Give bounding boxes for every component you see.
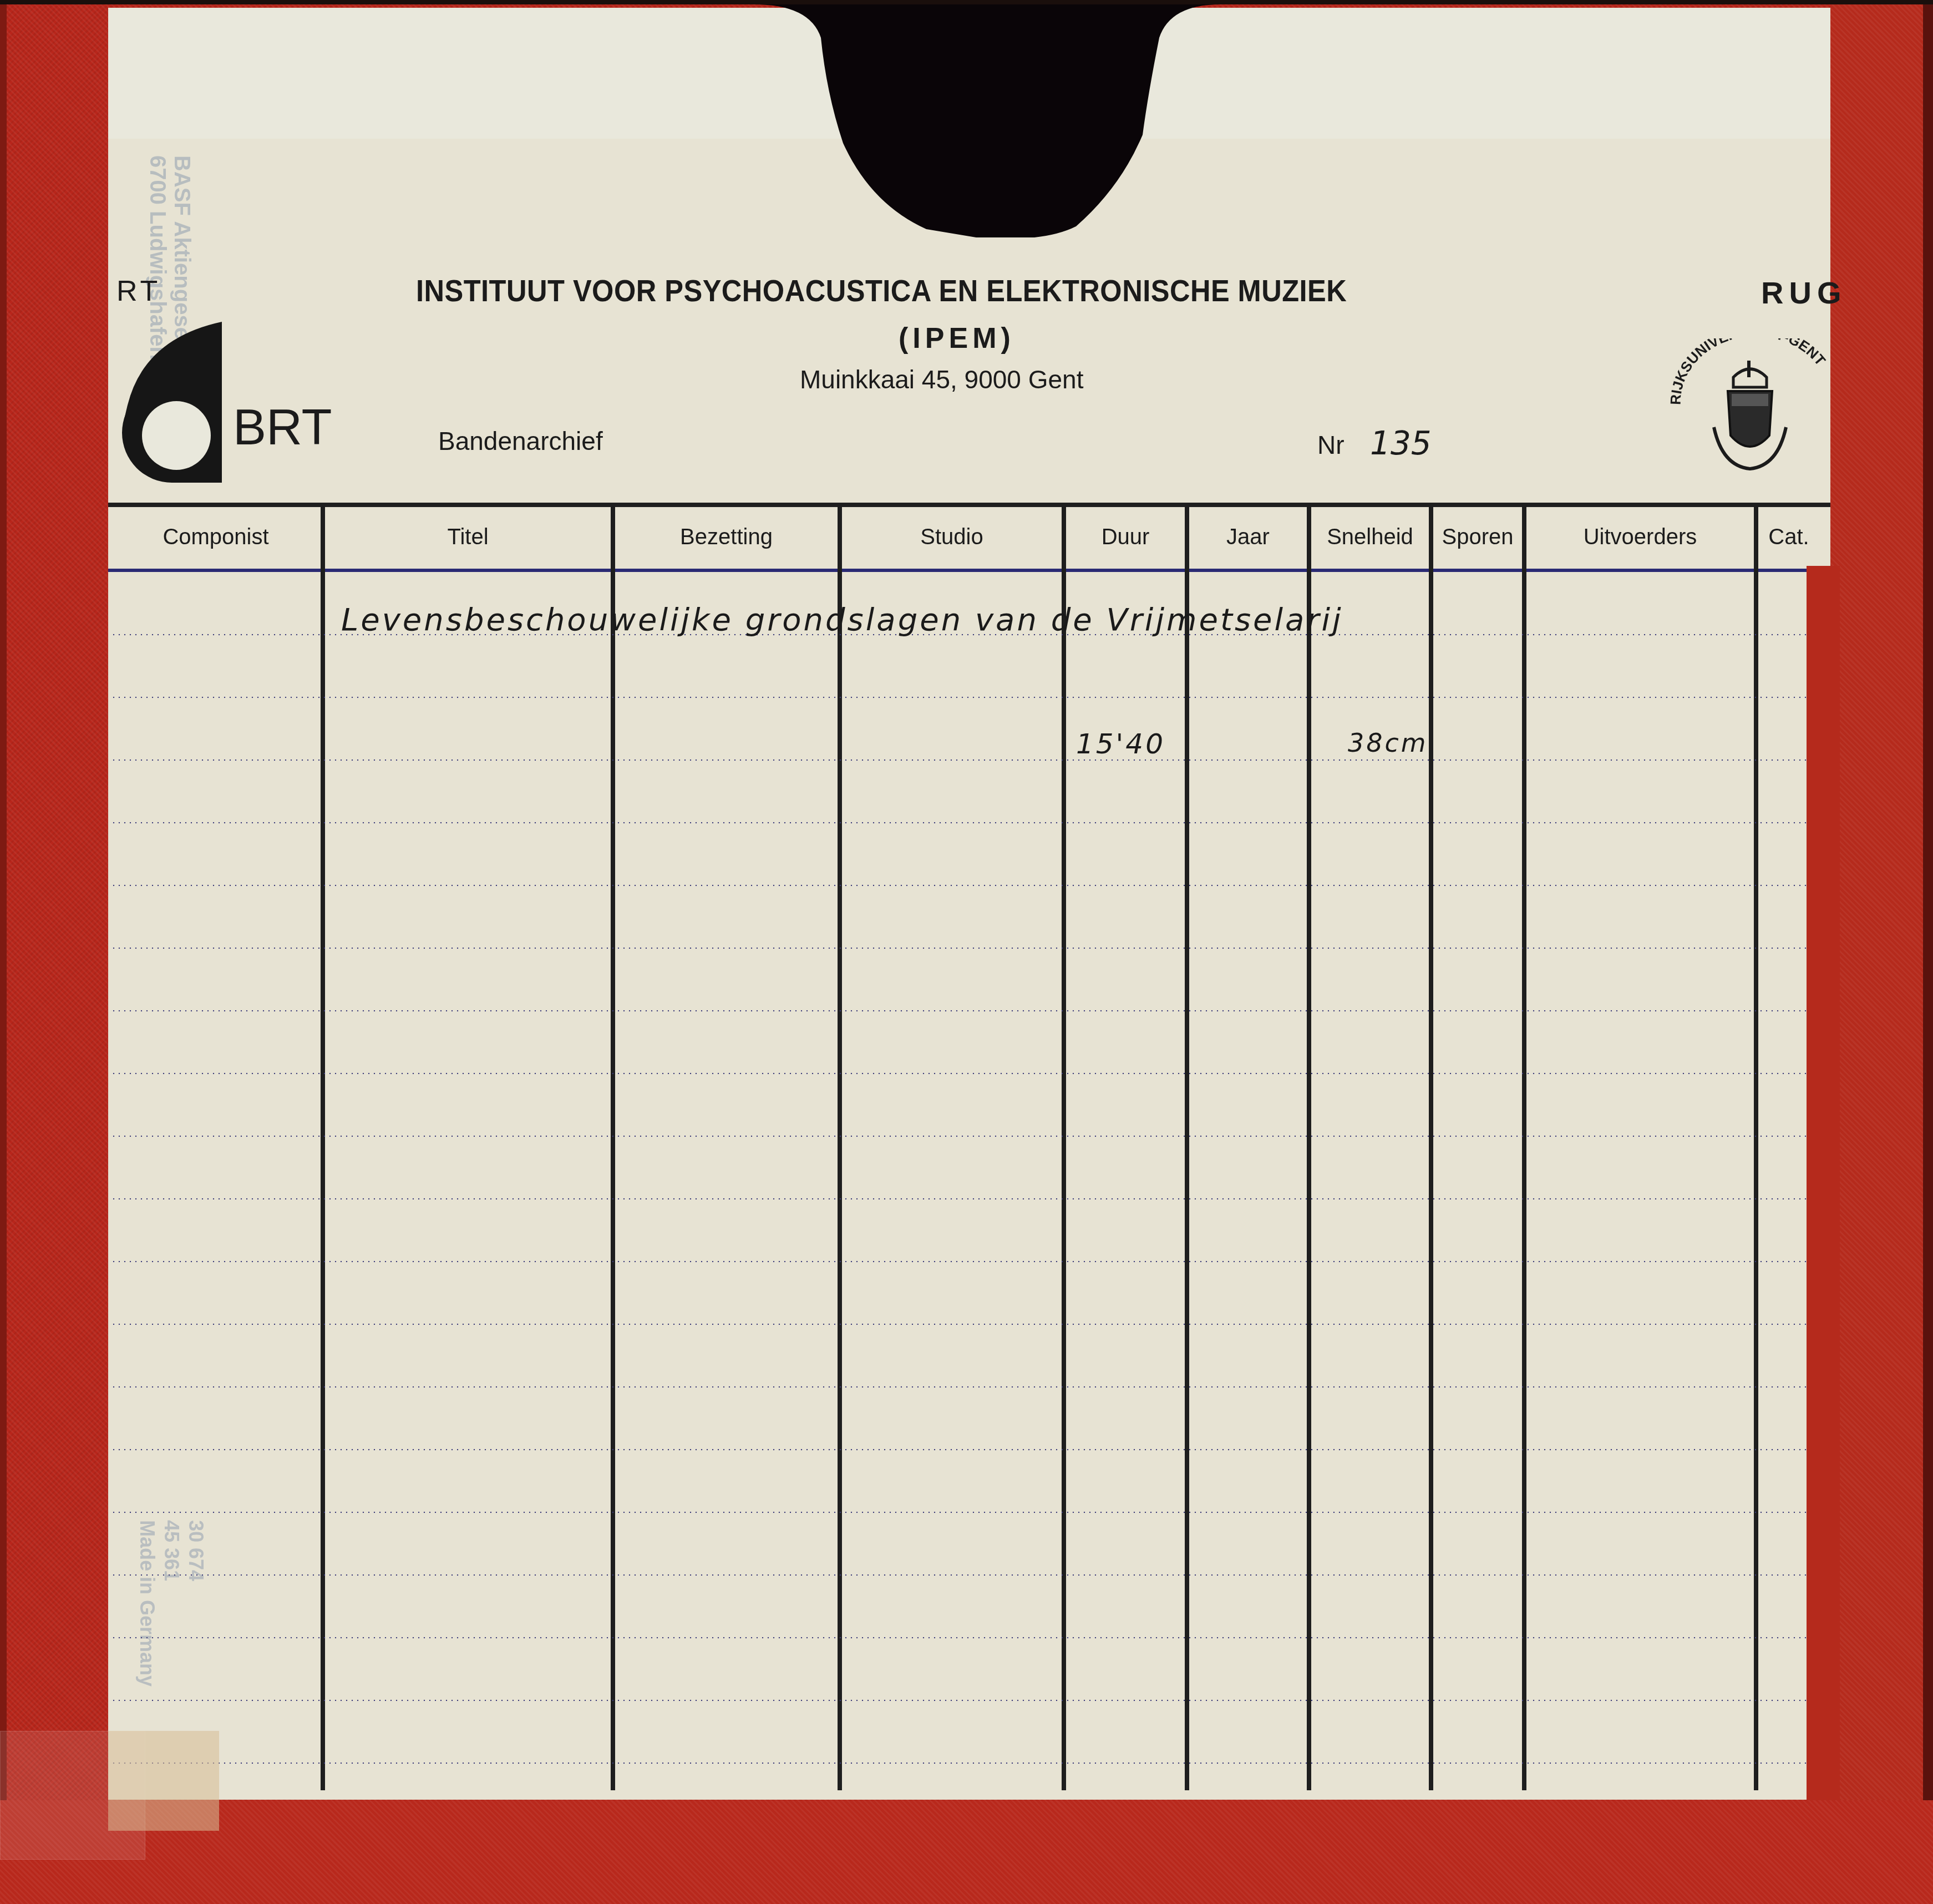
- header-rule: [108, 503, 1830, 507]
- institute-abbreviation: (IPEM): [899, 322, 1015, 355]
- thumb-notch: [688, 4, 1220, 237]
- archive-label: Bandenarchief: [438, 426, 603, 456]
- row-rule: [111, 1386, 1830, 1388]
- cover-spine-left: [0, 4, 7, 1904]
- number-label: Nr: [1317, 430, 1345, 460]
- row-rule: [111, 1010, 1830, 1012]
- institute-address: Muinkkaai 45, 9000 Gent: [800, 364, 1083, 394]
- row-rule: [111, 1637, 1830, 1639]
- column-header-titel: Titel: [325, 520, 611, 554]
- cover-bottom: [0, 1800, 1933, 1904]
- column-header-studio: Studio: [842, 520, 1062, 554]
- left-tag: RT: [116, 275, 161, 308]
- cover-edge-right: [1923, 4, 1933, 1904]
- column-divider: [1522, 506, 1526, 1790]
- row-rule: [111, 947, 1830, 949]
- column-divider: [321, 506, 325, 1790]
- header-underline: [108, 569, 1830, 572]
- row-rule: [111, 1260, 1830, 1263]
- row-rule: [111, 1574, 1830, 1576]
- row-rule: [111, 1135, 1830, 1137]
- column-header-snelheid: Snelheid: [1311, 520, 1429, 554]
- column-header-sporen: Sporen: [1433, 520, 1522, 554]
- row-rule: [111, 822, 1830, 824]
- institute-name: INSTITUUT VOOR PSYCHOACUSTICA EN ELEKTRO…: [416, 273, 1347, 308]
- column-divider: [1062, 506, 1066, 1790]
- column-header-cat: Cat.: [1758, 520, 1819, 554]
- row-rule: [111, 1449, 1830, 1451]
- column-header-jaar: Jaar: [1189, 520, 1307, 554]
- right-tag: RUG: [1761, 275, 1846, 311]
- row-rule: [111, 1072, 1830, 1075]
- column-header-bezetting: Bezetting: [615, 520, 838, 554]
- row-rule: [111, 1198, 1830, 1200]
- entry-speed: 38cm: [1348, 728, 1428, 758]
- university-seal-icon: RIJKSUNIVERSITEIT-GENT: [1670, 338, 1830, 477]
- row-rule: [111, 1699, 1830, 1702]
- number-value: 135: [1370, 424, 1432, 462]
- row-rule: [111, 696, 1830, 698]
- column-divider: [1307, 506, 1311, 1790]
- row-rule: [111, 1511, 1830, 1513]
- column-divider: [1754, 506, 1758, 1790]
- row-rule: [111, 759, 1830, 761]
- brt-wordmark: BRT: [233, 399, 332, 457]
- row-rule: [111, 1323, 1830, 1325]
- aged-tape-residue: [108, 1731, 219, 1831]
- row-rule: [111, 884, 1830, 887]
- cover-right-inner: [1807, 566, 1840, 1803]
- column-header-uitvoerders: Uitvoerders: [1526, 520, 1754, 554]
- column-header-duur: Duur: [1066, 520, 1185, 554]
- row-rule: [111, 1762, 1830, 1764]
- column-header-componist: Componist: [111, 520, 321, 554]
- column-divider: [1429, 506, 1433, 1790]
- column-divider: [611, 506, 615, 1790]
- column-divider: [838, 506, 842, 1790]
- column-divider: [1185, 506, 1189, 1790]
- entry-title: Levensbeschouwelijke grondslagen van de …: [341, 602, 1343, 638]
- entry-duration: 15'40: [1076, 728, 1165, 760]
- brt-logo-icon: [111, 322, 233, 483]
- watermark-bottom: 30 674 45 361 Made in Germany: [135, 1520, 208, 1687]
